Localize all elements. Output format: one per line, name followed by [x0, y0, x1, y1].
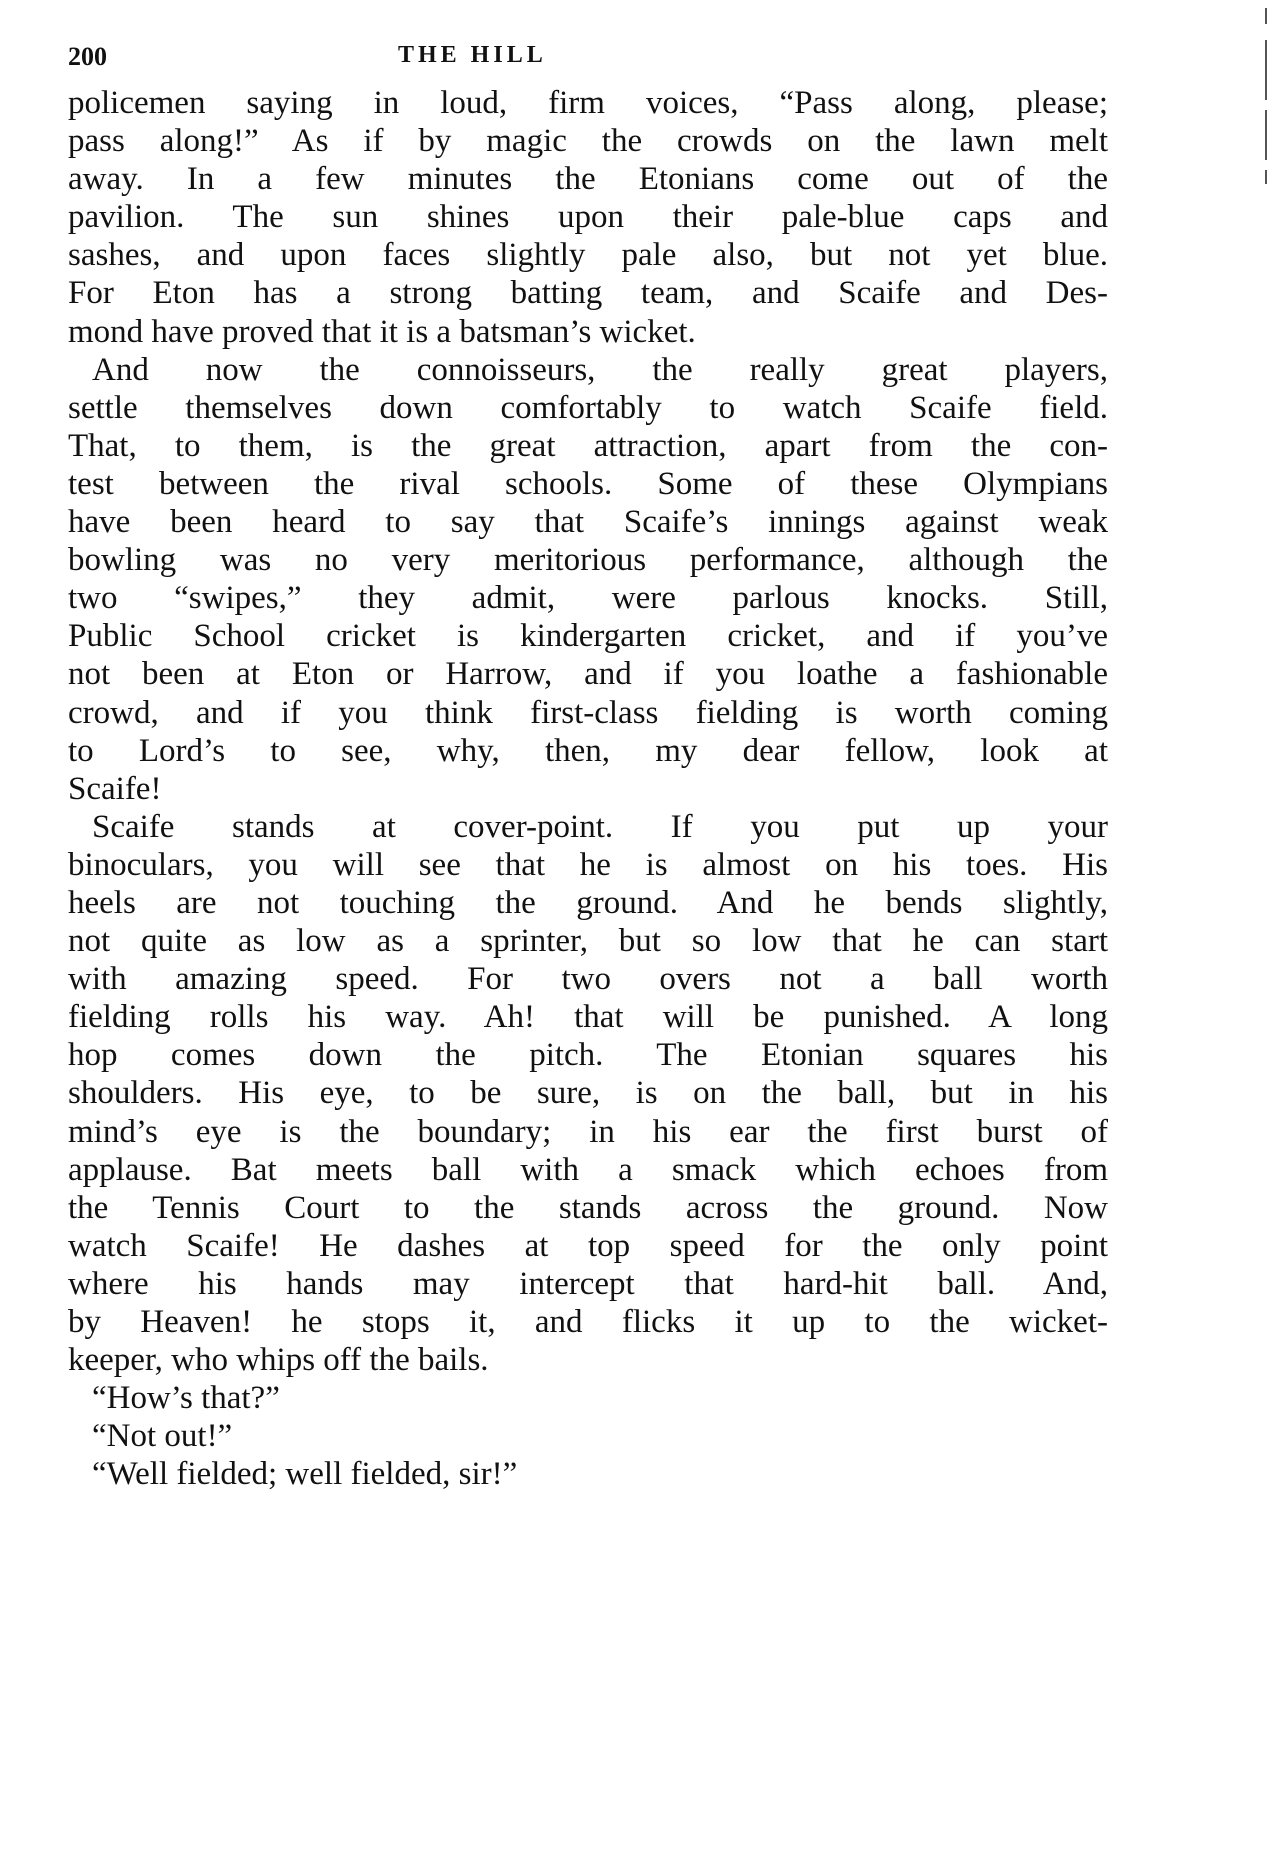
- dialogue-line: “Not out!”: [68, 1417, 1108, 1455]
- running-title: THE HILL: [398, 42, 547, 69]
- text-line: with amazing speed. For two overs not a …: [68, 960, 1108, 998]
- text-line: applause. Bat meets ball with a smack wh…: [68, 1151, 1108, 1189]
- scan-mark: [1265, 8, 1267, 24]
- text-line: Public School cricket is kindergarten cr…: [68, 617, 1108, 655]
- text-line: bowling was no very meritorious performa…: [68, 541, 1108, 579]
- scan-mark: [1265, 170, 1267, 184]
- text-line: heels are not touching the ground. And h…: [68, 884, 1108, 922]
- book-page: 200 THE HILL policemen saying in loud, f…: [0, 0, 1276, 1872]
- text-line: watch Scaife! He dashes at top speed for…: [68, 1227, 1108, 1265]
- text-line: two “swipes,” they admit, were parlous k…: [68, 579, 1108, 617]
- text-line: And now the connoisseurs, the really gre…: [68, 351, 1108, 389]
- text-line: not quite as low as a sprinter, but so l…: [68, 922, 1108, 960]
- scan-mark: [1265, 110, 1267, 160]
- text-line: keeper, who whips off the bails.: [68, 1341, 1108, 1379]
- text-line: by Heaven! he stops it, and flicks it up…: [68, 1303, 1108, 1341]
- text-line: where his hands may intercept that hard-…: [68, 1265, 1108, 1303]
- text-line: crowd, and if you think first-class fiel…: [68, 694, 1108, 732]
- text-line: That, to them, is the great attraction, …: [68, 427, 1108, 465]
- text-line: pass along!” As if by magic the crowds o…: [68, 122, 1108, 160]
- dialogue-line: “How’s that?”: [68, 1379, 1108, 1417]
- dialogue: “How’s that?” “Not out!” “Well fielded; …: [68, 1379, 1108, 1493]
- text-line: settle themselves down comfortably to wa…: [68, 389, 1108, 427]
- paragraph-3: Scaife stands at cover-point. If you put…: [68, 808, 1108, 1379]
- text-line: policemen saying in loud, firm voices, “…: [68, 84, 1108, 122]
- text-line: mind’s eye is the boundary; in his ear t…: [68, 1113, 1108, 1151]
- text-line: binoculars, you will see that he is almo…: [68, 846, 1108, 884]
- text-line: have been heard to say that Scaife’s inn…: [68, 503, 1108, 541]
- text-line: sashes, and upon faces slightly pale als…: [68, 236, 1108, 274]
- running-head: 200 THE HILL: [68, 42, 1108, 72]
- scan-mark: [1265, 40, 1267, 100]
- text-line: away. In a few minutes the Etonians come…: [68, 160, 1108, 198]
- text-line: shoulders. His eye, to be sure, is on th…: [68, 1074, 1108, 1112]
- body-text: policemen saying in loud, firm voices, “…: [68, 84, 1108, 1493]
- text-line: test between the rival schools. Some of …: [68, 465, 1108, 503]
- text-line: mond have proved that it is a batsman’s …: [68, 313, 1108, 351]
- text-line: Scaife!: [68, 770, 1108, 808]
- text-line: pavilion. The sun shines upon their pale…: [68, 198, 1108, 236]
- text-line: to Lord’s to see, why, then, my dear fel…: [68, 732, 1108, 770]
- scan-edge-marks: [1265, 0, 1268, 700]
- text-line: hop comes down the pitch. The Etonian sq…: [68, 1036, 1108, 1074]
- page-number: 200: [68, 42, 107, 72]
- text-line: Scaife stands at cover-point. If you put…: [68, 808, 1108, 846]
- text-line: not been at Eton or Harrow, and if you l…: [68, 655, 1108, 693]
- paragraph-2: And now the connoisseurs, the really gre…: [68, 351, 1108, 808]
- dialogue-line: “Well fielded; well fielded, sir!”: [68, 1455, 1108, 1493]
- text-line: For Eton has a strong batting team, and …: [68, 274, 1108, 312]
- text-line: the Tennis Court to the stands across th…: [68, 1189, 1108, 1227]
- text-line: fielding rolls his way. Ah! that will be…: [68, 998, 1108, 1036]
- paragraph-1: policemen saying in loud, firm voices, “…: [68, 84, 1108, 351]
